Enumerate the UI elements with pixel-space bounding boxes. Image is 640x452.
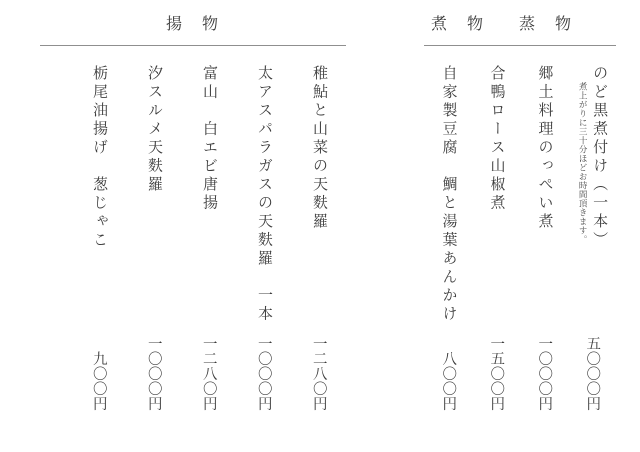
menu-item-name: 汐スルメ天麩羅	[146, 65, 161, 195]
menu-item-name: 自家製豆腐 鯛と湯葉あんかけ	[441, 65, 456, 324]
menu-item-price: 一〇〇〇円	[537, 336, 552, 411]
menu-item-price: 一〇〇〇円	[256, 336, 271, 411]
menu-item-column: 富山 白エビ唐揚一二八〇円	[181, 65, 236, 411]
section-title-simmered: 煮 物	[431, 11, 485, 34]
section-title-steamed: 蒸 物	[519, 11, 573, 34]
menu-item: 郷土料理のっぺい煮	[537, 65, 552, 232]
menu-item: 自家製豆腐 鯛と湯葉あんかけ	[441, 65, 456, 324]
section-fried-dishes: 揚 物 稚鮎と山菜の天麩羅一二八〇円太アスパラガスの天麩羅 一本一〇〇〇円富山 …	[40, 0, 346, 412]
section-title-fried: 揚 物	[166, 11, 220, 34]
menu-item-price: 九〇〇円	[91, 351, 106, 411]
menu-page: 揚 物 稚鮎と山菜の天麩羅一二八〇円太アスパラガスの天麩羅 一本一〇〇〇円富山 …	[0, 0, 640, 452]
menu-item-price: 一〇〇〇円	[146, 336, 161, 411]
menu-item-price: 八〇〇円	[441, 351, 456, 411]
section-header-fried: 揚 物	[40, 0, 346, 45]
menu-item-column: 汐スルメ天麩羅一〇〇〇円	[126, 65, 181, 411]
menu-item: 稚鮎と山菜の天麩羅	[311, 65, 326, 232]
menu-item: のど黒煮付け（一本）煮上がりに三十分ほどお時間頂きます。	[578, 65, 606, 250]
menu-item-name: 稚鮎と山菜の天麩羅	[311, 65, 326, 232]
menu-item-column: 自家製豆腐 鯛と湯葉あんかけ八〇〇円	[424, 65, 472, 411]
menu-item-column: 太アスパラガスの天麩羅 一本一〇〇〇円	[236, 65, 291, 411]
section-header-simmered-steamed: 煮 物 蒸 物	[424, 0, 616, 45]
menu-item: 合鴨ロース山椒煮	[489, 65, 504, 213]
menu-item: 太アスパラガスの天麩羅 一本	[256, 65, 271, 324]
menu-item-column: 稚鮎と山菜の天麩羅一二八〇円	[291, 65, 346, 411]
menu-item-price: 一二八〇円	[311, 336, 326, 411]
menu-item-name: のど黒煮付け（一本）	[591, 65, 606, 250]
menu-item-note: 煮上がりに三十分ほどお時間頂きます。	[578, 82, 588, 244]
menu-item-name: 合鴨ロース山椒煮	[489, 65, 504, 213]
menu-item: 栃尾油揚げ 葱じゃこ	[91, 65, 106, 250]
menu-item-price: 一二八〇円	[201, 336, 216, 411]
menu-item-price: 一五〇〇円	[489, 336, 504, 411]
menu-item-column: 合鴨ロース山椒煮一五〇〇円	[472, 65, 520, 411]
menu-item-price: 五〇〇〇円	[585, 336, 600, 411]
menu-item-column: のど黒煮付け（一本）煮上がりに三十分ほどお時間頂きます。五〇〇〇円	[568, 65, 616, 411]
menu-items-area-simmered-steamed: のど黒煮付け（一本）煮上がりに三十分ほどお時間頂きます。五〇〇〇円郷土料理のっぺ…	[424, 46, 616, 412]
menu-item-name: 栃尾油揚げ 葱じゃこ	[91, 65, 106, 250]
menu-item-name: 太アスパラガスの天麩羅 一本	[256, 65, 271, 324]
menu-item: 汐スルメ天麩羅	[146, 65, 161, 195]
menu-item-column: 郷土料理のっぺい煮一〇〇〇円	[520, 65, 568, 411]
menu-item-column: 栃尾油揚げ 葱じゃこ九〇〇円	[71, 65, 126, 411]
menu-item: 富山 白エビ唐揚	[201, 65, 216, 213]
menu-item-name: 富山 白エビ唐揚	[201, 65, 216, 213]
menu-item-name: 郷土料理のっぺい煮	[537, 65, 552, 232]
menu-items-area-fried: 稚鮎と山菜の天麩羅一二八〇円太アスパラガスの天麩羅 一本一〇〇〇円富山 白エビ唐…	[40, 46, 346, 412]
section-simmered-steamed-dishes: 煮 物 蒸 物 のど黒煮付け（一本）煮上がりに三十分ほどお時間頂きます。五〇〇〇…	[424, 0, 616, 412]
